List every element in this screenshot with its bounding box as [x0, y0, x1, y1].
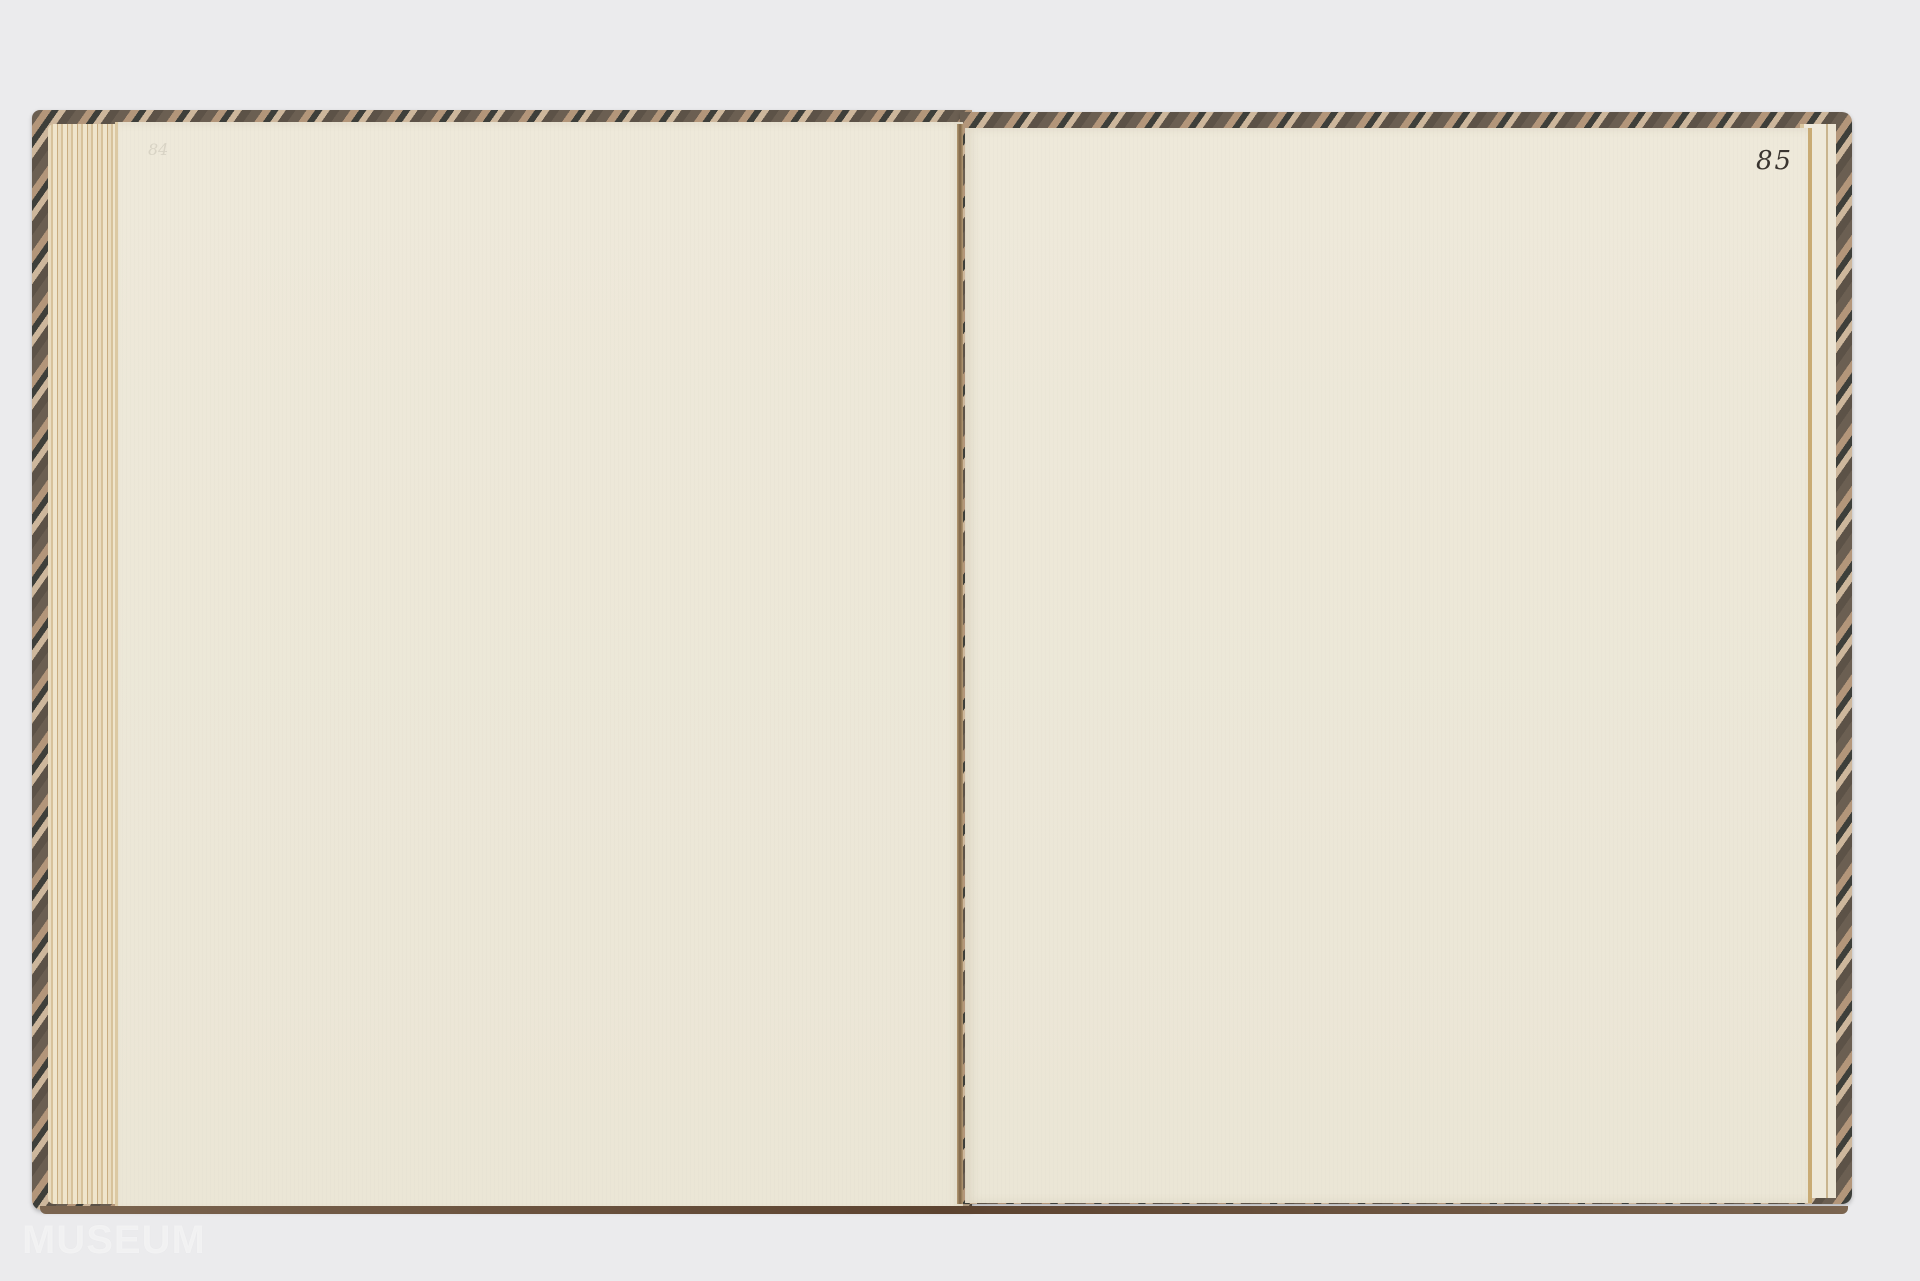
left-page	[115, 122, 963, 1212]
left-page-faint-number: 84	[148, 140, 168, 159]
museum-watermark: MUSEUM	[22, 1218, 206, 1263]
photo-stage: 84 85 MUSEUM	[0, 0, 1920, 1281]
spine-bottom-edge	[40, 1206, 1848, 1214]
book-gutter	[957, 124, 963, 1204]
handwritten-page-number: 85	[1756, 146, 1793, 176]
page-edges-left	[48, 124, 120, 1204]
right-page	[965, 128, 1812, 1203]
